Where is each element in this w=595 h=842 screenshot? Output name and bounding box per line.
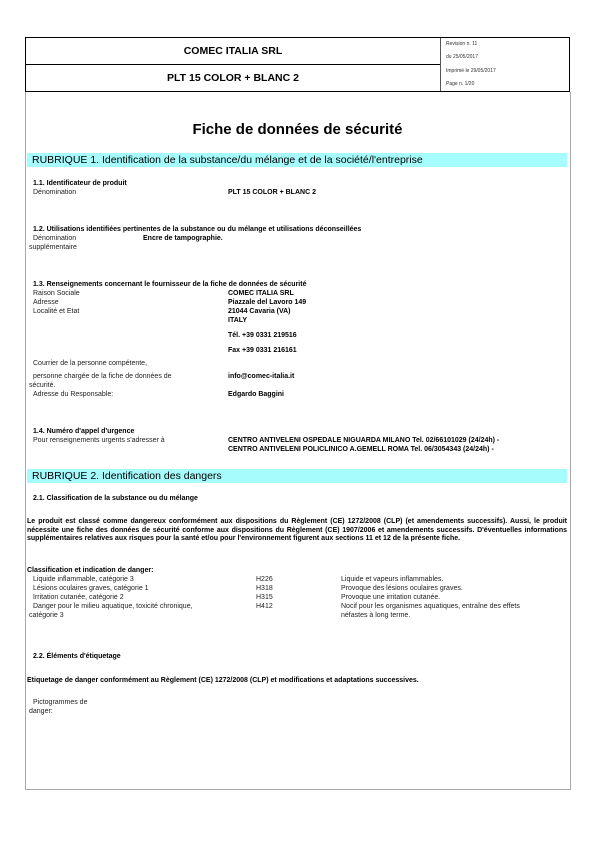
hazard-category: Liquide inflammable, catégorie 3 [33,576,134,583]
product-name: PLT 15 COLOR + BLANC 2 [26,65,440,92]
responsible-value: Edgardo Baggini [228,391,284,398]
email-label-line2: personne chargée de la fiche de données … [33,373,172,380]
emergency-line-1: CENTRO ANTIVELENI OSPEDALE NIGUARDA MILA… [228,437,499,444]
hazard-statement: Provoque une irritation cutanée. [341,594,440,601]
supplementary-denomination-label-2: supplémentaire [29,244,77,251]
company-name: COMEC ITALIA SRL [26,38,440,65]
section-2-heading: RUBRIQUE 2. Identification des dangers [27,469,567,483]
printed-date: Imprimé le 29/05/2017 [446,68,496,74]
revision-number: Revision n. 11 [446,41,477,47]
emergency-line-2: CENTRO ANTIVELENI POLICLINICO A.GEMELL R… [228,446,494,453]
hazard-statement-cont: néfastes à long terme. [341,612,410,619]
supplier-value-0: COMEC ITALIA SRL [228,290,294,297]
subsection-1-4-title: 1.4. Numéro d'appel d'urgence [33,428,134,435]
hazard-statement: Provoque des lésions oculaires graves. [341,585,463,592]
revision-date: du 25/05/2017 [446,54,478,60]
subsection-2-2-title: 2.2. Éléments d'étiquetage [33,653,121,660]
section-1-heading: RUBRIQUE 1. Identification de la substan… [27,153,567,167]
section-1-heading-text: RUBRIQUE 1. Identification de la substan… [32,154,423,166]
document-title: Fiche de données de sécurité [25,121,570,138]
email-label-line3: sécurité. [29,382,55,389]
supplementary-denomination-value: Encre de tampographie. [143,235,223,242]
classification-title: Classification et indication de danger: [27,567,153,574]
hazard-category-cont: catégorie 3 [29,612,64,619]
page-number: Page n. 1/20 [446,81,474,87]
email-label-line1: Courrier de la personne compétente, [33,360,147,367]
hazard-statement: Liquide et vapeurs inflammables. [341,576,443,583]
hazard-statement: Nocif pour les organismes aquatiques, en… [341,603,520,610]
responsible-label: Adresse du Responsable: [33,391,113,398]
supplier-label-1: Adresse [33,299,59,306]
hazard-code: H318 [256,585,273,592]
subsection-2-1-title: 2.1. Classification de la substance ou d… [33,495,198,502]
section-2-heading-text: RUBRIQUE 2. Identification des dangers [32,470,222,482]
emergency-label: Pour renseignements urgents s'adresser à [33,437,165,444]
supplier-fax: Fax +39 0331 216161 [228,347,297,354]
labelling-paragraph: Etiquetage de danger conformément au Règ… [27,677,419,684]
supplier-label-0: Raison Sociale [33,290,80,297]
supplier-value-2: 21044 Cavaria (VA) [228,308,291,315]
supplementary-denomination-label: Dénomination [33,235,76,242]
hazard-category: Lésions oculaires graves, catégorie 1 [33,585,149,592]
subsection-1-3-title: 1.3. Renseignements concernant le fourni… [33,281,306,288]
pictogram-label-line1: Pictogrammes de [33,699,87,706]
pictogram-label-line2: danger: [29,708,53,715]
denomination-value: PLT 15 COLOR + BLANC 2 [228,189,316,196]
header-meta: Revision n. 11 du 25/05/2017 Imprimé le … [443,38,569,91]
subsection-1-1-title: 1.1. Identificateur de produit [33,180,127,187]
document-header: COMEC ITALIA SRL PLT 15 COLOR + BLANC 2 … [25,37,570,92]
classification-paragraph: Le produit est classé comme dangereux co… [27,518,567,544]
header-left: COMEC ITALIA SRL PLT 15 COLOR + BLANC 2 [26,38,441,91]
supplier-value-1: Piazzale del Lavoro 149 [228,299,306,306]
contact-email[interactable]: info@comec-italia.it [228,373,294,380]
supplier-phone: Tél. +39 0331 219516 [228,332,297,339]
supplier-label-2: Localité et Etat [33,308,79,315]
denomination-label: Dénomination [33,189,76,196]
hazard-category: Irritation cutanée, catégorie 2 [33,594,124,601]
hazard-category: Danger pour le milieu aquatique, toxicit… [33,603,193,610]
subsection-1-2-title: 1.2. Utilisations identifiées pertinente… [33,226,361,233]
hazard-code: H412 [256,603,273,610]
hazard-code: H226 [256,576,273,583]
hazard-code: H315 [256,594,273,601]
supplier-value-3: ITALY [228,317,247,324]
